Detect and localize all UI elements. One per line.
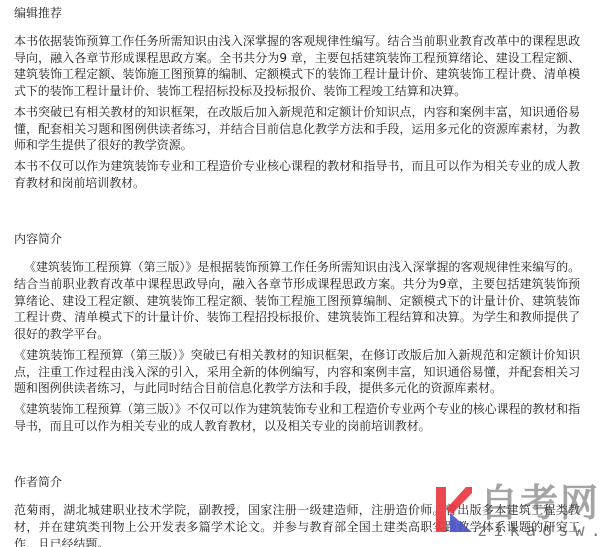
section-title-content-summary: 内容简介 — [14, 231, 580, 248]
article-body: 编辑推荐 本书依据装饰预算工作任务所需知识由浅入深掌握的客观规律性编写。结合当前… — [14, 5, 580, 547]
section-title-author-intro: 作者简介 — [14, 474, 580, 491]
paragraph: 本书依据装饰预算工作任务所需知识由浅入深掌握的客观规律性编写。结合当前职业教育改… — [14, 33, 580, 100]
section-title-editor-recommendation: 编辑推荐 — [14, 5, 580, 22]
paragraph: 《建筑装饰工程预算（第三版）》突破已有相关教材的知识框架，在修订改版后加入新规范… — [14, 347, 580, 397]
paragraph: 本书不仅可以作为建筑装饰专业和工程造价专业核心课程的教材和指导书，而且可以作为相… — [14, 158, 580, 191]
paragraph: 《建筑装饰工程预算（第三版）》不仅可以作为建筑装饰专业和工程造价专业两个专业的核… — [14, 401, 580, 434]
paragraph: 范菊雨，湖北城建职业技术学院，副教授，国家注册一级建造师，注册造价师。曾出版多本… — [14, 502, 580, 547]
paragraph: 《建筑装饰工程预算（第三版）》是根据装饰预算工作任务所需知识由浅入深掌握的客观规… — [14, 259, 580, 343]
paragraph: 本书突破已有相关教材的知识框架，在改版后加入新规范和定额计价知识点，内容和案例丰… — [14, 104, 580, 154]
